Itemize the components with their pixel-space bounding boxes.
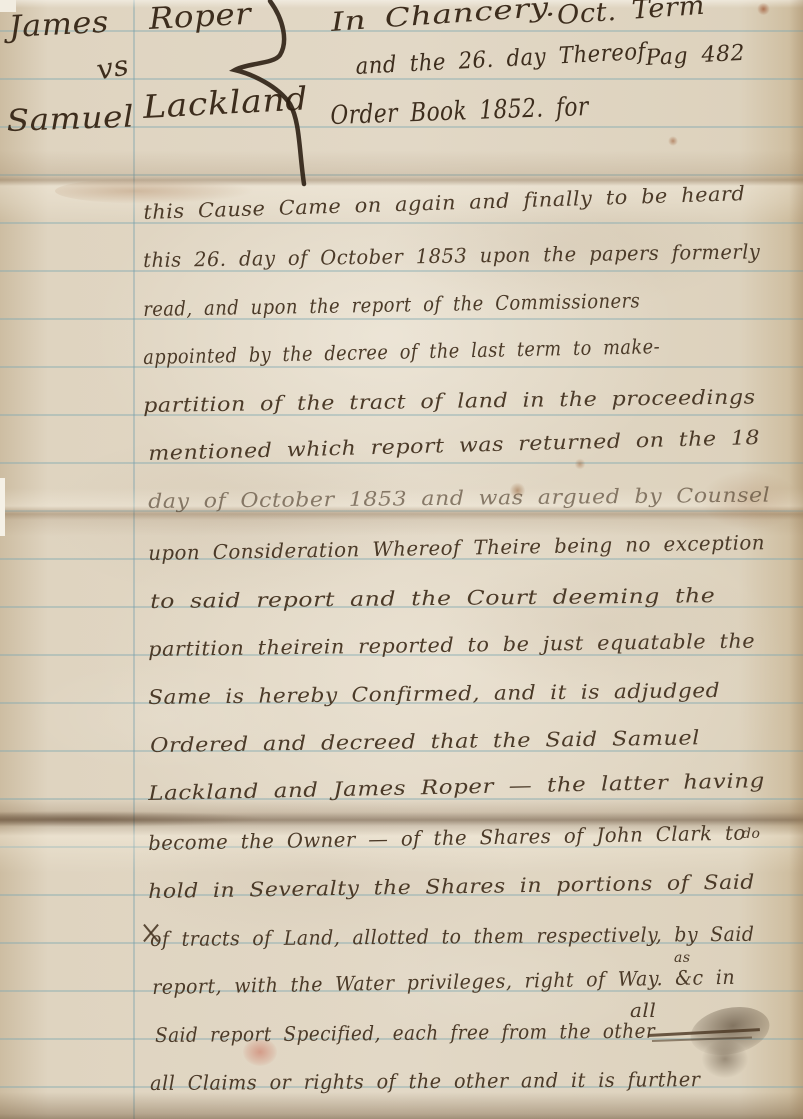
interlineation-all: all: [630, 998, 656, 1022]
body-line-18: Said report Specified, each free from th…: [155, 1019, 655, 1047]
plaintiff-first-name: James: [8, 5, 110, 45]
interlineation-do: do: [742, 826, 760, 842]
page-reference: Pag 482: [645, 41, 746, 71]
manuscript-page: James Roper vs Samuel Lackland In Chance…: [0, 0, 803, 1119]
foxing-spot-top-right: [757, 3, 770, 15]
case-caption-brace: [215, 0, 325, 190]
foxing-spot-right: [668, 136, 678, 146]
foxing-spot-mid: [575, 458, 585, 470]
interlineation-as: as: [674, 950, 691, 966]
scan-edge-gap: [0, 478, 5, 536]
defendant-first-name: Samuel: [6, 100, 135, 139]
ink-smudge-tail: [702, 1040, 748, 1078]
body-line-19: all Claims or rights of the other and it…: [150, 1067, 700, 1095]
page-bottom-edge: [0, 1092, 803, 1119]
page-right-edge: [789, 0, 803, 1119]
versus-mark: vs: [94, 48, 131, 86]
